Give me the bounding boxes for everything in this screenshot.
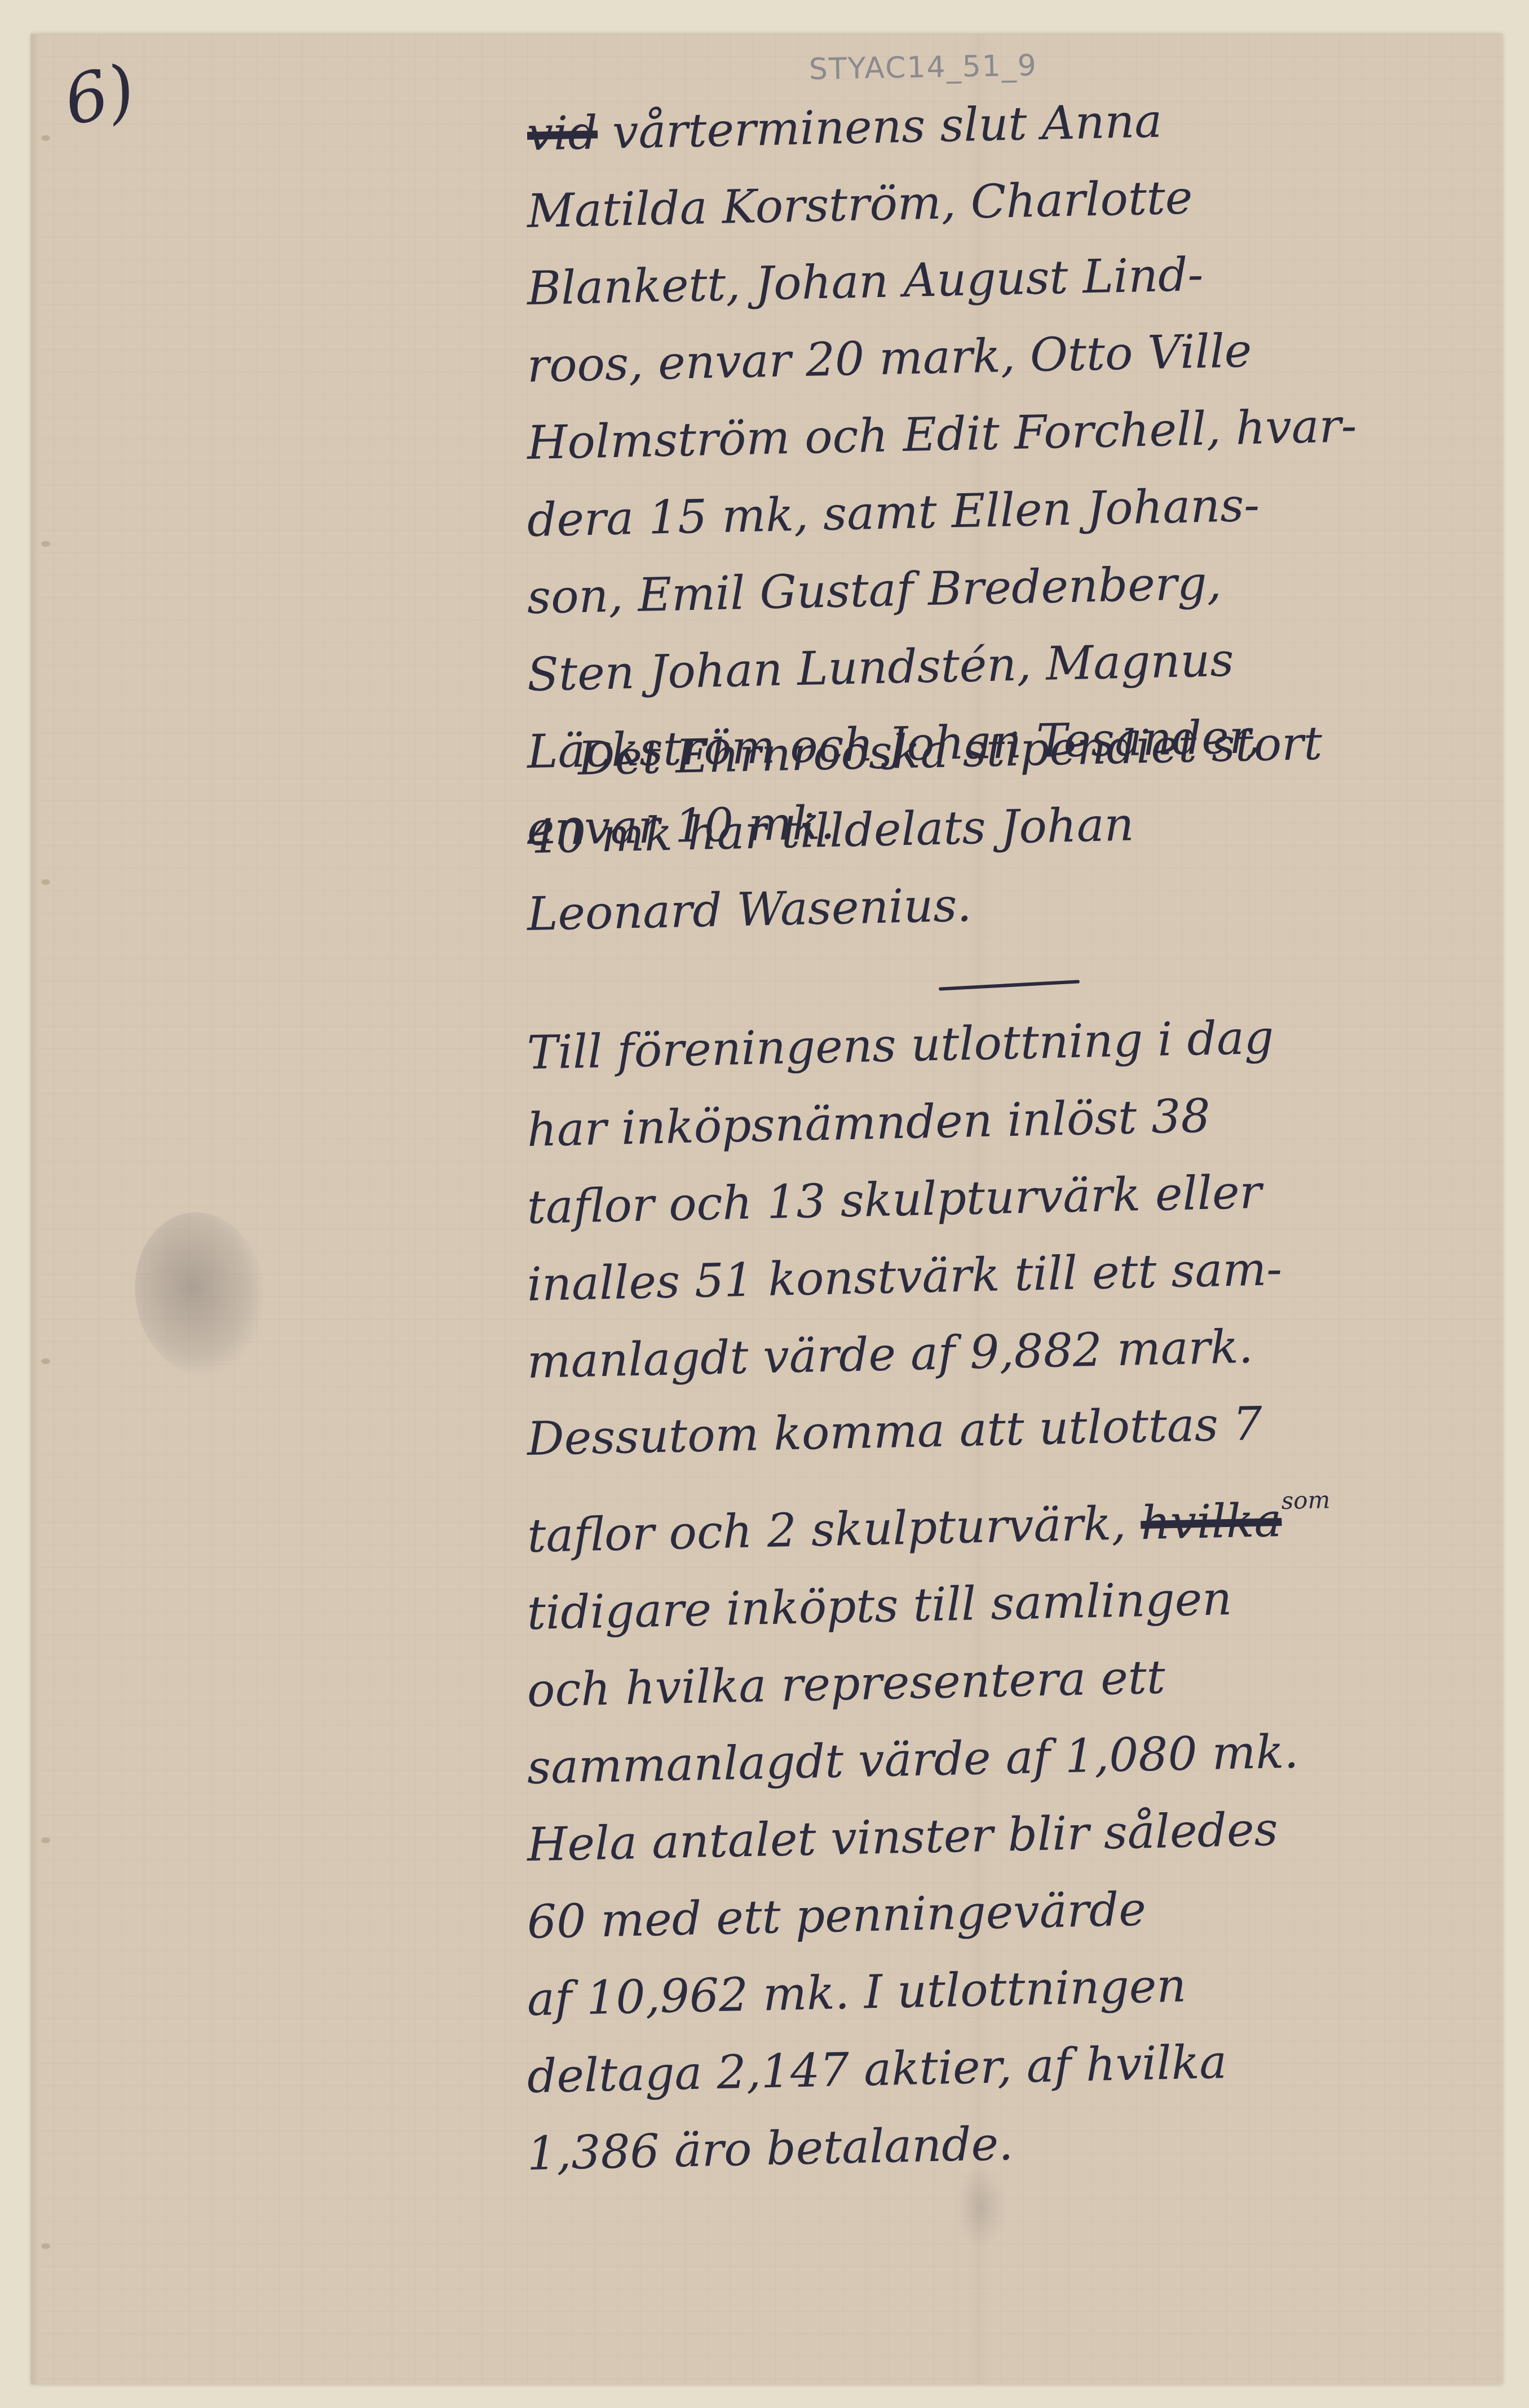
- section-separator-line: [939, 980, 1080, 990]
- manuscript-page: STYAC14_51_9 6) vid vårterminens slut An…: [31, 34, 1503, 2384]
- paragraph-ehrnrooska-stipend: Det Ehrnrooska stipendiet stort 40 mk ha…: [527, 721, 1503, 953]
- torn-left-edge: [31, 34, 39, 2384]
- binding-hole: [41, 135, 50, 141]
- paragraph-lottery: Till föreningens utlottning i dag har in…: [527, 1015, 1503, 2193]
- struck-word: hvilka: [1140, 1494, 1282, 1550]
- struck-word: vid: [527, 106, 598, 161]
- archive-id-pencil: STYAC14_51_9: [809, 48, 1038, 86]
- binding-hole: [41, 541, 50, 547]
- binding-hole: [41, 879, 50, 885]
- interlinear-insertion: som: [1281, 1486, 1331, 1515]
- binding-hole: [41, 1838, 50, 1843]
- fingerprint-smudge: [125, 1203, 276, 1383]
- binding-hole: [41, 2243, 50, 2249]
- binding-hole: [41, 1358, 50, 1364]
- page-number: 6): [58, 50, 142, 141]
